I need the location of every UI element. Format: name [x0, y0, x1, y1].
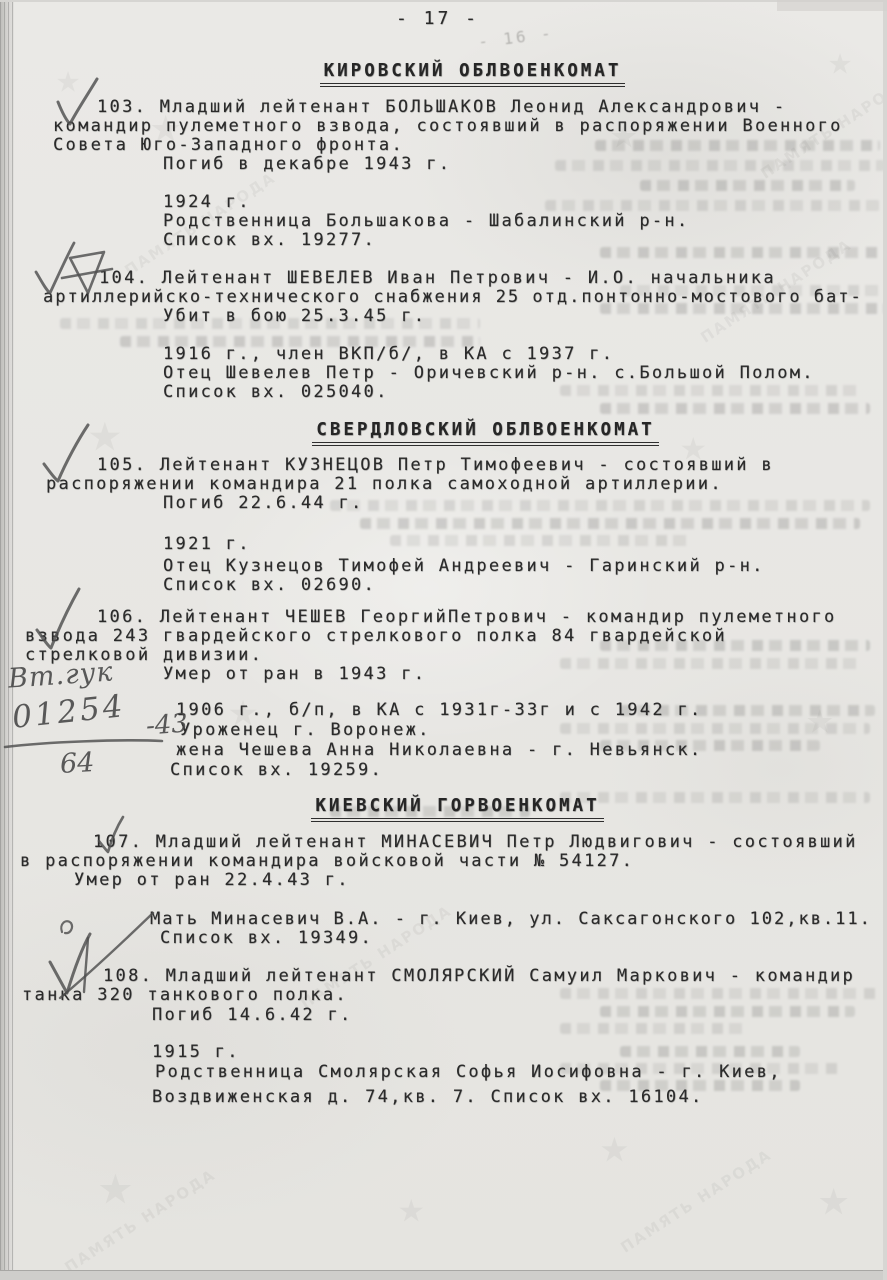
typed-line: Список вх. 02690. [163, 576, 376, 595]
star-watermark-icon: ★ [98, 1150, 133, 1218]
bleedthrough-text-line [545, 200, 880, 211]
star-watermark-icon: ★ [806, 690, 834, 744]
typed-line: Уроженец г. Воронеж. [180, 721, 431, 740]
typed-line: 106. Лейтенант ЧЕШЕВ ГеоргийПетрович - к… [97, 608, 837, 627]
typed-line: Умер от ран 22.4.43 г. [74, 871, 350, 890]
bleedthrough-text-line [595, 140, 880, 151]
typed-line: Список вх. 19277. [163, 231, 376, 250]
typed-line: 105. Лейтенант КУЗНЕЦОВ Петр Тимофеевич … [97, 456, 774, 475]
bleedthrough-text-line [360, 518, 860, 529]
typed-line: Умер от ран в 1943 г. [163, 665, 426, 684]
typed-line: 1906 г., б/п, в КА с 1931г-33г и с 1942 … [176, 701, 702, 720]
typed-line: 1924 г. [163, 193, 251, 212]
typed-line: командир пулеметного взвода, состоявший … [53, 117, 843, 136]
handwritten-registry-suffix: -43 [145, 709, 189, 742]
star-watermark-icon: ★ [600, 1118, 629, 1174]
scan-edge-top [0, 0, 887, 2]
bleedthrough-text-line [560, 658, 860, 669]
typed-line: Совета Юго-Западного фронта. [53, 136, 404, 155]
typed-line: 108. Младший лейтенант СМОЛЯРСКИЙ Самуил… [103, 967, 855, 986]
section-header-kievsky: КИЕВСКИЙ ГОРВОЕНКОМАТ [0, 796, 887, 822]
bleedthrough-text-line [560, 988, 880, 999]
section-header-kirovsky: КИРОВСКИЙ ОБЛВОЕНКОМАТ [0, 61, 887, 87]
section-title: КИРОВСКИЙ ОБЛВОЕНКОМАТ [320, 61, 626, 87]
typed-line: 107. Младший лейтенант МИНАСЕВИЧ Петр Лю… [93, 833, 858, 852]
archive-watermark-text: ПАМЯТЬ НАРОДА [61, 1165, 219, 1276]
scan-edge-bottom [0, 1270, 887, 1280]
typed-line: жена Чешева Анна Николаевна - г. Невьянс… [176, 741, 702, 760]
bleedthrough-text-line [390, 535, 690, 546]
typed-line: Отец Кузнецов Тимофей Андреевич - Гаринс… [163, 557, 765, 576]
typed-line: Воздвиженская д. 74,кв. 7. Список вх. 16… [152, 1088, 704, 1107]
typed-line: в распоряжении командира войсковой части… [20, 852, 634, 871]
bleedthrough-text-line [600, 1006, 855, 1017]
bleedthrough-text-line [560, 385, 860, 396]
section-title: КИЕВСКИЙ ГОРВОЕНКОМАТ [311, 796, 603, 822]
typed-line: Отец Шевелев Петр - Оричевский р-н. с.Бо… [163, 364, 815, 383]
bleedthrough-text-line [560, 1023, 750, 1034]
bleedthrough-text-line [330, 500, 870, 511]
fraction-line [5, 740, 162, 747]
typed-line: танка 320 танкового полка. [22, 986, 348, 1005]
typed-line: взвода 243 гвардейского стрелкового полк… [25, 627, 727, 646]
typed-line: артиллерийско-технического снабжения 25 … [43, 288, 863, 307]
section-header-sverdlovsky: СВЕРДЛОВСКИЙ ОБЛВОЕНКОМАТ [0, 420, 887, 446]
handwritten-registry-bottom: 64 [59, 747, 95, 780]
archive-watermark-text: ПАМЯТЬ НАРОДА [617, 1145, 775, 1256]
typed-line: Список вх. 19259. [170, 761, 383, 780]
scan-edge-left [0, 0, 14, 1280]
page-number: - 17 - [0, 8, 887, 29]
typed-line: Родственница Большакова - Шабалинский р-… [163, 212, 689, 231]
handwritten-note: Вт.гук [7, 656, 114, 694]
star-watermark-icon: ★ [398, 1182, 425, 1233]
typed-line: 1915 г. [152, 1043, 240, 1062]
bleedthrough-text-line [640, 180, 855, 191]
typed-line: Убит в бою 25.3.45 г. [163, 307, 426, 326]
scan-edge-right [883, 0, 887, 1280]
handwritten-registry-top: 01254 [10, 688, 127, 736]
typed-line: 103. Младший лейтенант БОЛЬШАКОВ Леонид … [97, 98, 786, 117]
typed-line: Родственница Смолярская Софья Иосифовна … [155, 1063, 782, 1082]
star-watermark-icon: ★ [818, 1168, 849, 1228]
typed-line: 104. Лейтенант ШЕВЕЛЕВ Иван Петрович - И… [99, 269, 776, 288]
typed-line: Список вх. 19349. [160, 929, 373, 948]
bleedthrough-text-line [600, 403, 870, 414]
typed-line: Мать Минасевич В.А. - г. Киев, ул. Сакса… [150, 910, 872, 929]
typed-line: Погиб в декабре 1943 г. [163, 155, 451, 174]
typed-line: Список вх. 025040. [163, 383, 389, 402]
typed-line: Погиб 14.6.42 г. [152, 1006, 353, 1025]
typed-line: Погиб 22.6.44 г. [163, 494, 364, 513]
bleedthrough-text-line [600, 247, 880, 258]
bleedthrough-text-line [560, 723, 870, 734]
bleedthrough-text-line [555, 160, 885, 171]
typed-line: 1921 г. [163, 535, 251, 554]
section-title: СВЕРДЛОВСКИЙ ОБЛВОЕНКОМАТ [312, 420, 658, 446]
bleedthrough-text-line [620, 1046, 800, 1057]
scanned-document-page: ★★★★★★★★★★★★ПАМЯТЬ НАРОДАПАМЯТЬ НАРОДАПА… [0, 0, 887, 1280]
typed-line: распоряжении командира 21 полка самоходн… [46, 475, 723, 494]
typed-line: 1916 г., член ВКП/б/, в КА с 1937 г. [163, 345, 614, 364]
